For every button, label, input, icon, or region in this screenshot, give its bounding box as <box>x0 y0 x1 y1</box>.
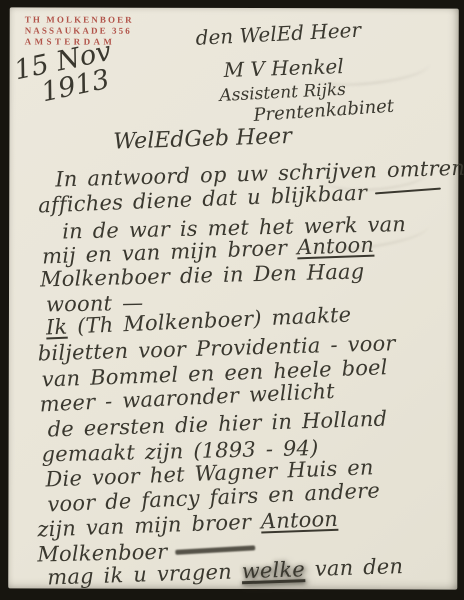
letterhead-name: TH MOLKENBOER <box>25 14 134 25</box>
letterhead-address: NASSAUKADE 356 <box>25 25 134 36</box>
addressee-line: den WelEd Heer <box>195 18 361 50</box>
underlined-word: Ik <box>45 315 67 340</box>
underlined-word: Antoon <box>260 507 338 534</box>
letter-scan: TH MOLKENBOER NASSAUKADE 356 AMSTERDAM 1… <box>0 0 464 600</box>
letter-paper: TH MOLKENBOER NASSAUKADE 356 AMSTERDAM 1… <box>8 7 459 589</box>
underlined-word: welke <box>241 557 305 583</box>
salutation: WelEdGeb Heer <box>113 124 292 155</box>
smudged-pen-stroke <box>175 545 255 555</box>
line-text: mag ik u vragen <box>47 559 242 589</box>
letter-line: Molkenboer die in Den Haag <box>40 261 365 290</box>
line-text: van den <box>305 554 404 581</box>
